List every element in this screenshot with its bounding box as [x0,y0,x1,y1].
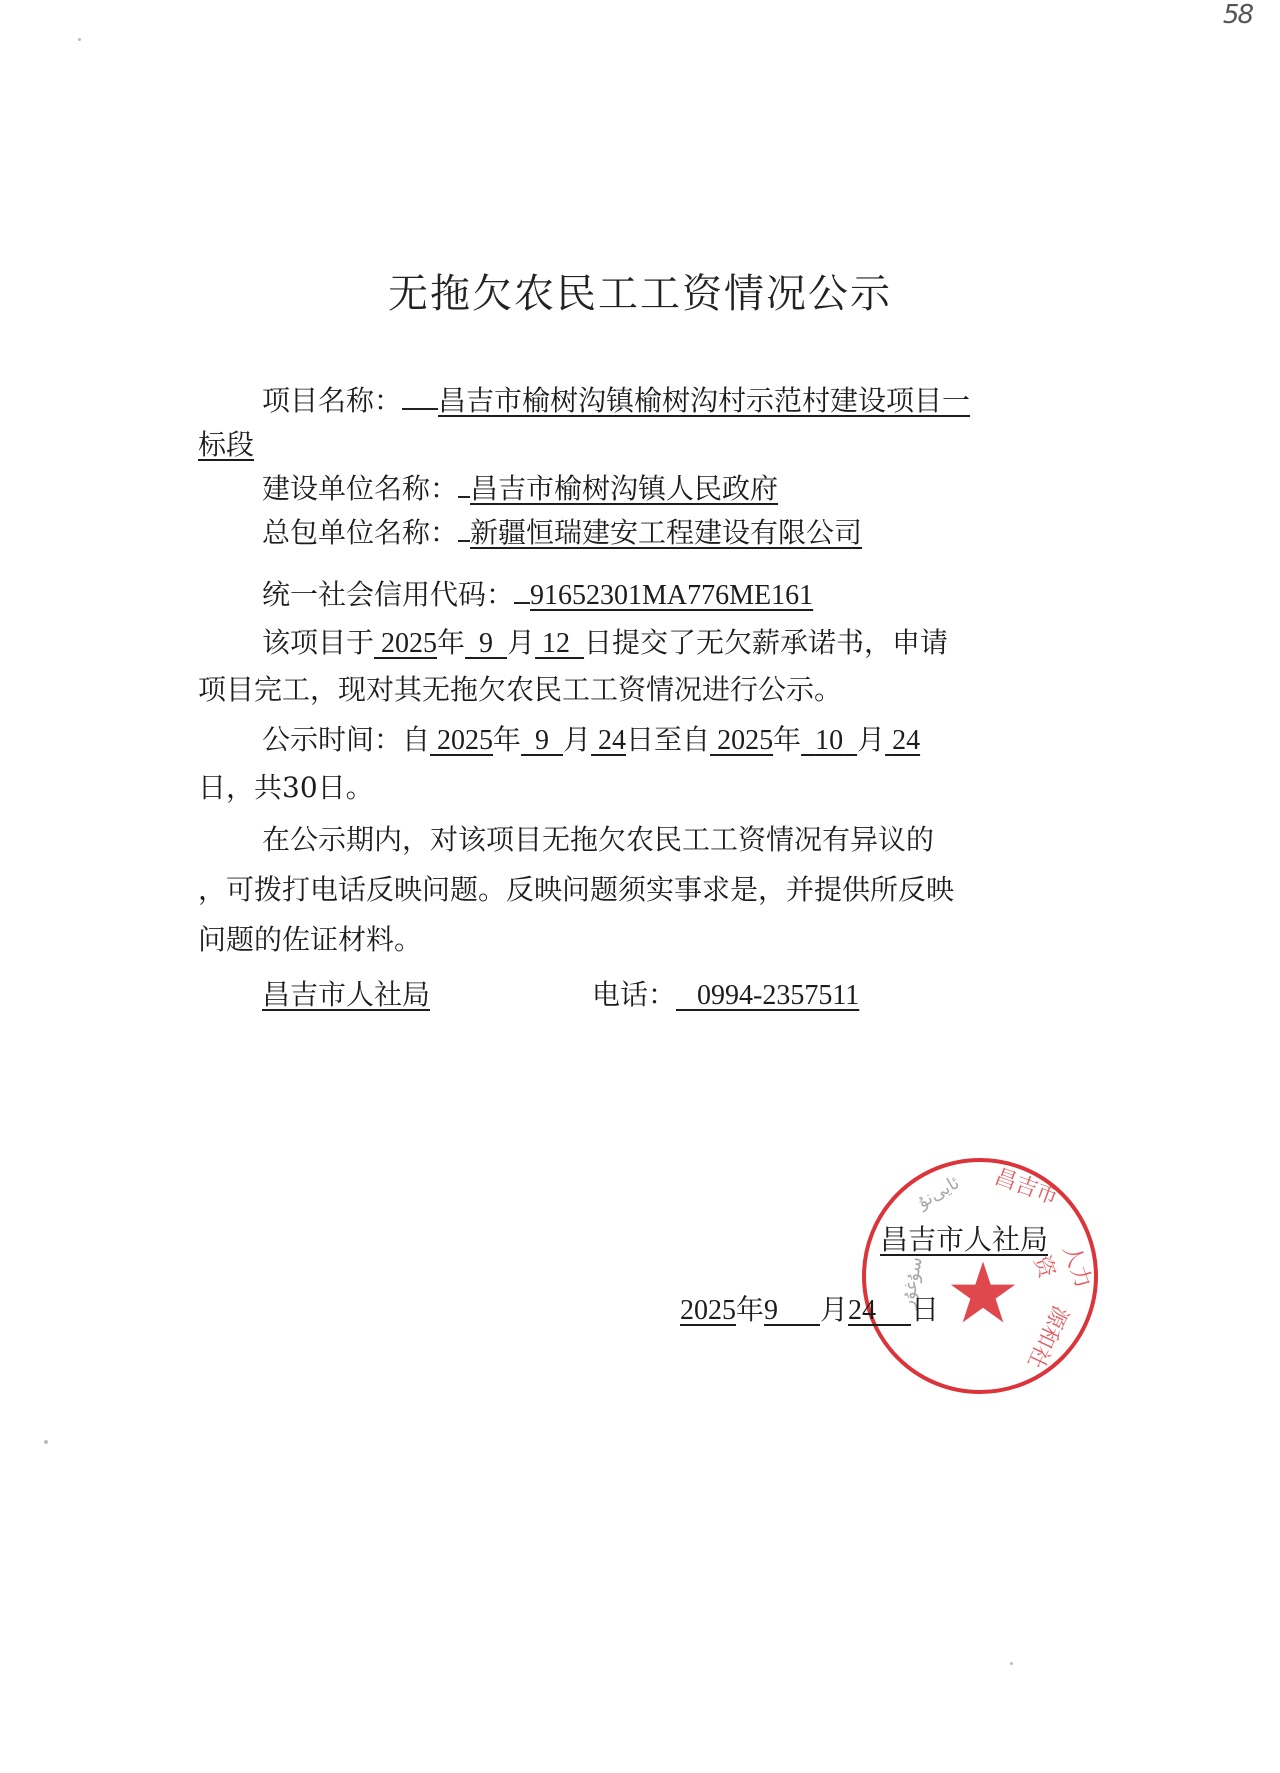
builder-value: 昌吉市榆树沟镇人民政府 [470,472,778,505]
blank-underline [514,572,530,604]
document-title: 无拖欠农民工工资情况公示 [0,262,1280,319]
phone-label: 电话： [592,978,676,1011]
submission-year: 2025 [374,628,437,659]
builder-row: 建设单位名称：昌吉市榆树沟镇人民政府 [262,466,778,509]
credit-code-value: 91652301MA776ME161 [530,580,813,611]
stamp-ring-text: 昌吉市 [991,1160,1064,1212]
project-name-row: 项目名称：昌吉市榆树沟镇榆树沟村示范村建设项目一 [262,378,970,421]
project-name-label: 项目名称： [262,384,402,417]
submission-suffix: 日提交了无欠薪承诺书，申请 [584,626,948,659]
end-year: 2025 [710,725,773,756]
submission-row-2: 项目完工，现对其无拖欠农民工工资情况进行公示。 [198,670,842,710]
stamp-ring-text: 源和社 [1021,1301,1077,1374]
project-name-value-continued: 标段 [198,428,254,461]
scan-speck [78,38,81,41]
signature-org: 昌吉市人社局 [880,1218,1048,1258]
contact-row: 昌吉市人社局 [262,975,430,1015]
submission-prefix: 该项目于 [262,626,374,659]
signature-day: 24 [848,1295,911,1326]
month-unit: 月 [820,1293,848,1326]
period-prefix: 公示时间：自 [262,723,430,756]
publicity-period-row: 公示时间：自 2025年 9 月 24日至自 2025年 10 月 24 [262,720,920,761]
year-unit: 年 [773,723,801,756]
month-unit: 月 [857,723,885,756]
submission-day: 12 [535,628,584,659]
signature-org-text: 昌吉市人社局 [880,1223,1048,1256]
year-unit: 年 [736,1293,764,1326]
scan-speck [1010,1662,1013,1665]
objection-line-2: ，可拨打电话反映问题。反映问题须实事求是，并提供所反映 [198,870,954,910]
submission-row: 该项目于 2025年 9 月 12 日提交了无欠薪承诺书，申请 [262,623,948,664]
credit-code-row: 统一社会信用代码：91652301MA776ME161 [262,572,813,616]
contractor-label: 总包单位名称： [262,516,458,549]
contractor-value: 新疆恒瑞建安工程建设有限公司 [470,516,862,549]
start-day: 24 [591,725,626,756]
blank-underline [458,510,470,542]
year-unit: 年 [437,626,465,659]
month-unit: 月 [507,626,535,659]
day-unit: 日 [911,1293,939,1326]
signature-year: 2025 [680,1295,736,1326]
month-unit: 月 [563,723,591,756]
year-unit: 年 [493,723,521,756]
project-name-value: 昌吉市榆树沟镇榆树沟村示范村建设项目一 [438,384,970,417]
end-day: 24 [885,725,920,756]
project-name-row-continued: 标段 [198,425,254,465]
contact-phone-row: 电话： 0994-2357511 [592,975,859,1016]
period-middle: 日至自 [626,723,710,756]
end-month: 10 [801,725,857,756]
builder-label: 建设单位名称： [262,472,458,505]
start-month: 9 [521,725,563,756]
page-number: 58 [1223,0,1252,30]
publicity-period-row-2: 日，共30日。 [198,768,374,808]
blank-underline [402,378,438,410]
stamp-uyghur-text: ﺋﺎﻳﻰﻧﯘ [914,1172,963,1213]
start-year: 2025 [430,725,493,756]
credit-code-label: 统一社会信用代码： [262,578,514,611]
submission-month: 9 [465,628,507,659]
signature-date: 2025年9 月24 日 [680,1288,939,1328]
signature-month: 9 [764,1295,820,1326]
objection-line-3: 问题的佐证材料。 [198,920,422,960]
contact-org: 昌吉市人社局 [262,978,430,1011]
official-stamp: 昌吉市 人力资 源和社 ﺋﺎﻳﻰﻧﯘ ﺳﯘﻏﯘﺭ [862,1158,1098,1394]
contractor-row: 总包单位名称：新疆恒瑞建安工程建设有限公司 [262,510,862,553]
scan-speck [44,1440,48,1444]
star-icon [948,1258,1018,1328]
blank-underline [458,466,470,498]
phone-value: 0994-2357511 [676,980,859,1011]
objection-line-1: 在公示期内，对该项目无拖欠农民工工资情况有异议的 [262,820,934,860]
